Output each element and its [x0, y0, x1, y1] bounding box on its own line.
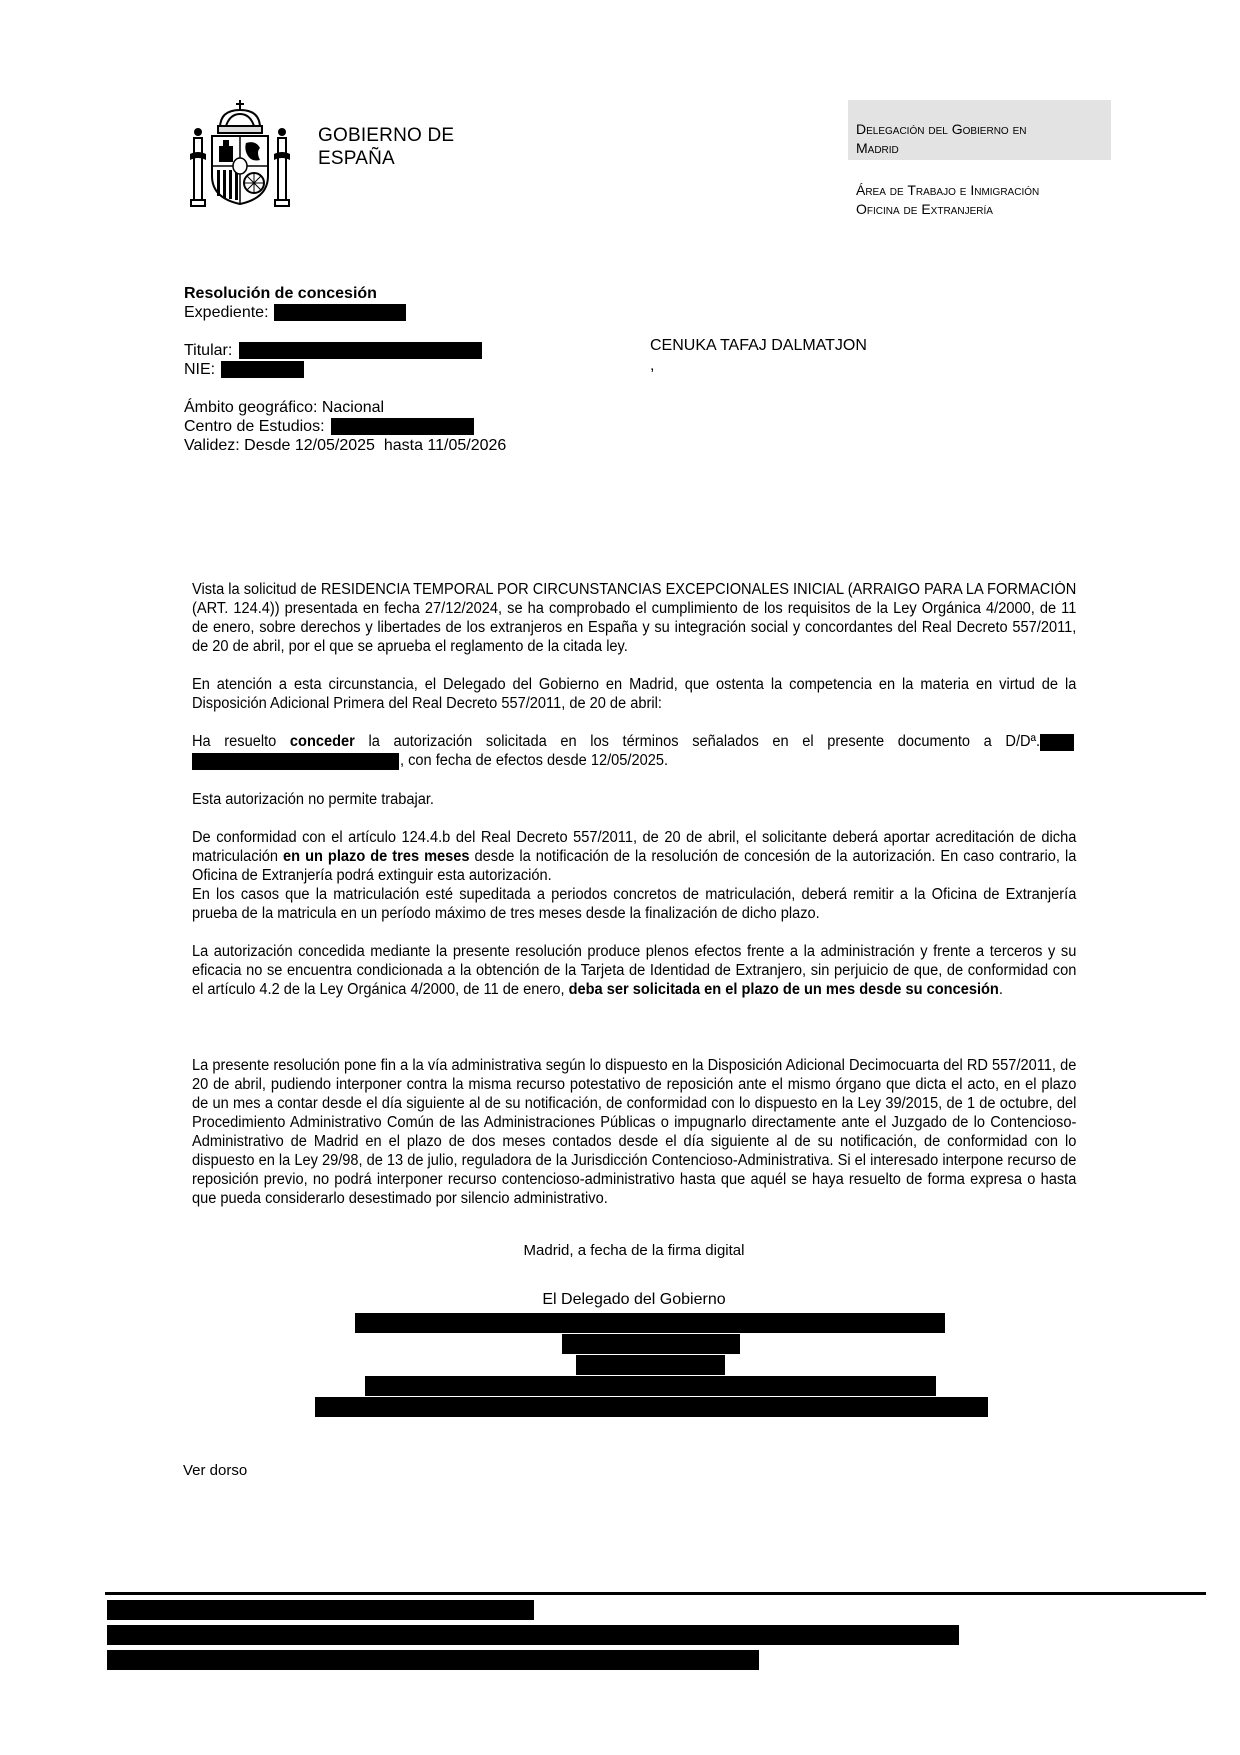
- see-back-note: Ver dorso: [183, 1462, 247, 1479]
- paragraph-periodos: En los casos que la matriculación esté s…: [192, 885, 1076, 923]
- validez: Validez: Desde 12/05/2025 hasta 11/05/20…: [184, 436, 506, 455]
- paragraph-efectos: La autorización concedida mediante la pr…: [192, 942, 1076, 999]
- redacted-expediente: [274, 304, 406, 321]
- efectos-plazo: deba ser solicitada en el plazo de un me…: [569, 981, 999, 998]
- redacted-centro-estudios: [331, 418, 474, 435]
- delegation-line-1: Delegación del Gobierno en: [856, 120, 1026, 139]
- redacted-footer-line2: [107, 1625, 959, 1645]
- ambito-geografico: Ámbito geográfico: Nacional: [184, 398, 384, 417]
- paragraph-competencia: En atención a esta circunstancia, el Del…: [192, 675, 1076, 713]
- area-office: Área de Trabajo e Inmigración Oficina de…: [856, 181, 1039, 219]
- paragraph-matriculacion: De conformidad con el artículo 124.4.b d…: [192, 828, 1076, 885]
- government-title: GOBIERNO DE ESPAÑA: [318, 124, 454, 170]
- paragraph-resolucion-line1: Ha resuelto conceder la autorización sol…: [192, 732, 1076, 751]
- redacted-footer-line1: [107, 1600, 534, 1620]
- government-line-1: GOBIERNO DE: [318, 124, 454, 147]
- redacted-signer-line2: [562, 1334, 740, 1354]
- redacted-signer-line1: [355, 1313, 945, 1333]
- place-date: Madrid, a fecha de la firma digital: [192, 1241, 1076, 1260]
- redacted-titular: [239, 342, 482, 359]
- area-line-1: Área de Trabajo e Inmigración: [856, 181, 1039, 200]
- footer-divider: [105, 1592, 1206, 1595]
- centro-estudios-label: Centro de Estudios:: [184, 417, 325, 436]
- resolution-title: Resolución de concesión: [184, 284, 377, 303]
- paragraph-recursos: La presente resolución pone fin a la vía…: [192, 1056, 1076, 1208]
- redacted-footer-line3: [107, 1650, 759, 1670]
- resolution-conceder: conceder: [290, 733, 355, 750]
- matriculacion-plazo: en un plazo de tres meses: [283, 848, 470, 865]
- titular-label: Titular:: [184, 341, 232, 360]
- nie-label: NIE:: [184, 360, 215, 379]
- area-line-2: Oficina de Extranjería: [856, 200, 1039, 219]
- expediente-label: Expediente:: [184, 303, 269, 322]
- redacted-name-part2: [192, 753, 399, 770]
- paragraph-solicitud: Vista la solicitud de RESIDENCIA TEMPORA…: [192, 580, 1076, 656]
- recipient-address: ,: [650, 356, 654, 375]
- redacted-signer-line5: [315, 1397, 988, 1417]
- government-line-2: ESPAÑA: [318, 147, 454, 170]
- efectos-text-b: .: [999, 981, 1003, 998]
- resolution-text-a: Ha resuelto: [192, 733, 290, 750]
- redacted-name-part1: [1040, 734, 1074, 751]
- paragraph-resolucion-line2: , con fecha de efectos desde 12/05/2025.: [400, 751, 973, 770]
- resolution-text-b: la autorización solicitada en los términ…: [355, 733, 1040, 750]
- delegation-line-2: Madrid: [856, 139, 1026, 158]
- redacted-signer-line3: [576, 1355, 725, 1375]
- paragraph-no-trabajar: Esta autorización no permite trabajar.: [192, 790, 1076, 809]
- redacted-signer-line4: [365, 1376, 936, 1396]
- delegation-name: Delegación del Gobierno en Madrid: [856, 120, 1026, 158]
- recipient-name: CENUKA TAFAJ DALMATJON: [650, 336, 867, 355]
- redacted-nie: [221, 361, 304, 378]
- signer-title: El Delegado del Gobierno: [192, 1291, 1076, 1309]
- coat-of-arms-icon: [190, 98, 290, 210]
